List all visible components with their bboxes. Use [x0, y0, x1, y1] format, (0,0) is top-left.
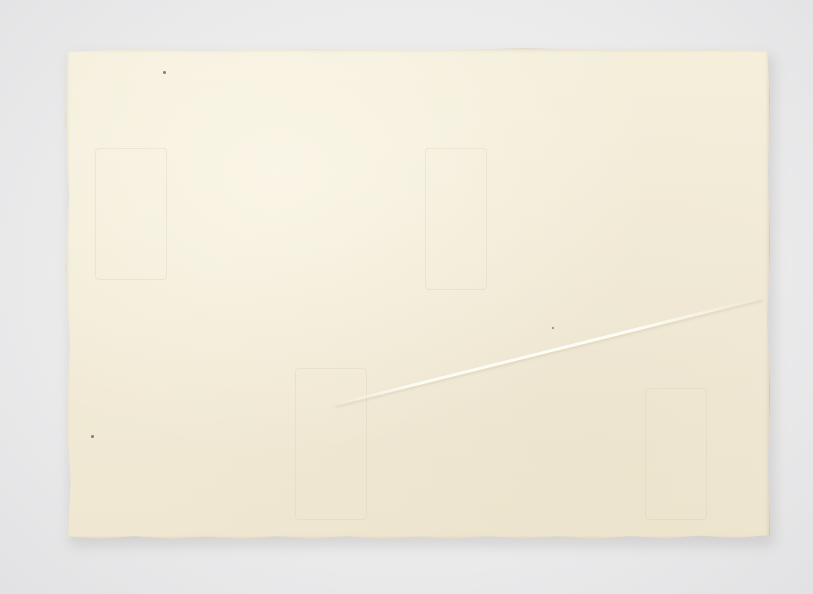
speck — [163, 71, 166, 74]
speck — [91, 435, 94, 438]
faint-texture-mark — [645, 388, 707, 520]
faint-texture-mark — [425, 148, 487, 290]
photo-background — [0, 0, 813, 594]
faint-texture-mark — [295, 368, 367, 520]
speck — [552, 327, 554, 329]
blank-paper-sheet — [65, 48, 770, 540]
faint-texture-mark — [95, 148, 167, 280]
